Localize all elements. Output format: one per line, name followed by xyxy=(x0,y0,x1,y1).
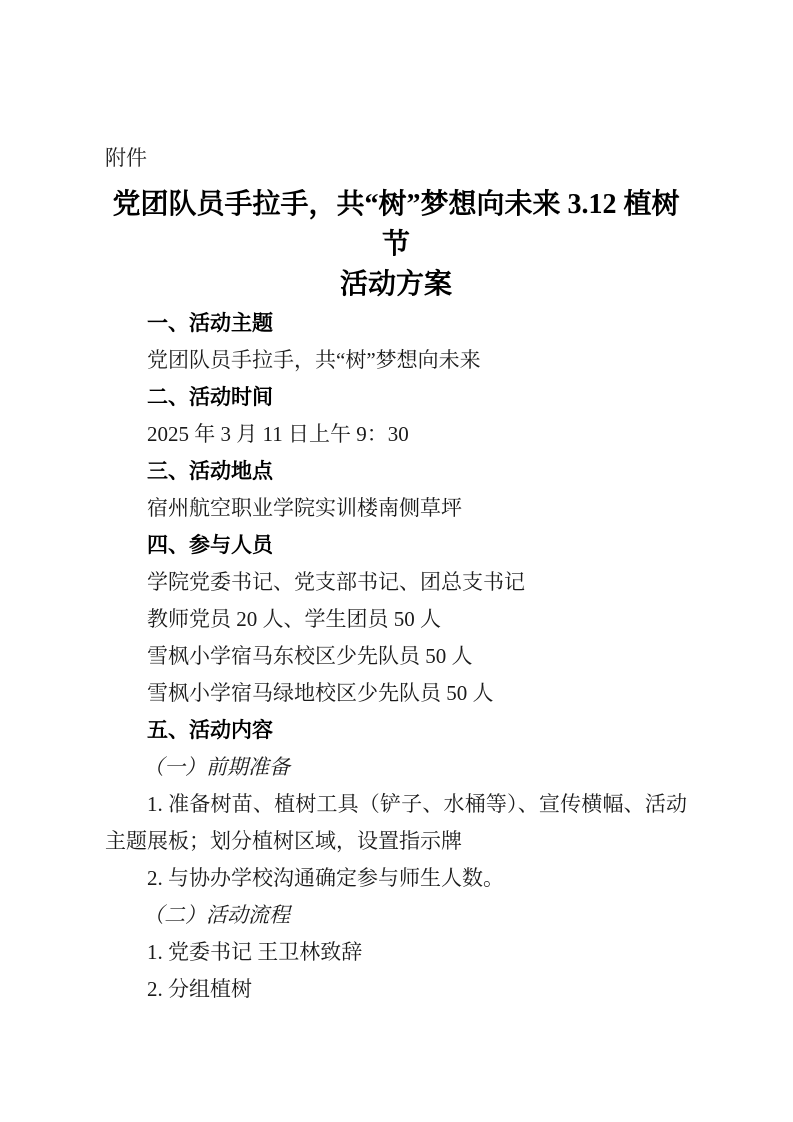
section-time-heading: 二、活动时间 xyxy=(105,379,687,416)
participants-line-3: 雪枫小学宿马东校区少先队员 50 人 xyxy=(105,638,687,675)
preparation-item-1: 1. 准备树苗、植树工具（铲子、水桶等）、宣传横幅、活动主题展板；划分植树区域，… xyxy=(105,786,687,860)
participants-line-4: 雪枫小学宿马绿地校区少先队员 50 人 xyxy=(105,675,687,712)
section-theme-heading: 一、活动主题 xyxy=(105,305,687,342)
section-participants-heading: 四、参与人员 xyxy=(105,527,687,564)
flow-item-2: 2. 分组植树 xyxy=(105,971,687,1008)
participants-line-2: 教师党员 20 人、学生团员 50 人 xyxy=(105,601,687,638)
attachment-label: 附件 xyxy=(105,148,687,169)
document-title: 党团队员手拉手，共“树”梦想向未来 3.12 植树节 活动方案 xyxy=(105,185,687,305)
section-time-body: 2025 年 3 月 11 日上午 9：30 xyxy=(105,416,687,453)
document-title-line-2: 活动方案 xyxy=(105,265,687,305)
section-theme-body: 党团队员手拉手，共“树”梦想向未来 xyxy=(105,342,687,379)
participants-line-1: 学院党委书记、党支部书记、团总支书记 xyxy=(105,564,687,601)
subsection-preparation-heading: （一）前期准备 xyxy=(105,749,687,786)
document-title-line-1: 党团队员手拉手，共“树”梦想向未来 3.12 植树节 xyxy=(105,185,687,265)
section-content-heading: 五、活动内容 xyxy=(105,712,687,749)
section-location-body: 宿州航空职业学院实训楼南侧草坪 xyxy=(105,490,687,527)
section-location-heading: 三、活动地点 xyxy=(105,453,687,490)
flow-item-1: 1. 党委书记 王卫林致辞 xyxy=(105,934,687,971)
subsection-flow-heading: （二）活动流程 xyxy=(105,897,687,934)
preparation-item-2: 2. 与协办学校沟通确定参与师生人数。 xyxy=(105,860,687,897)
document-page: 附件 党团队员手拉手，共“树”梦想向未来 3.12 植树节 活动方案 一、活动主… xyxy=(0,0,793,1122)
